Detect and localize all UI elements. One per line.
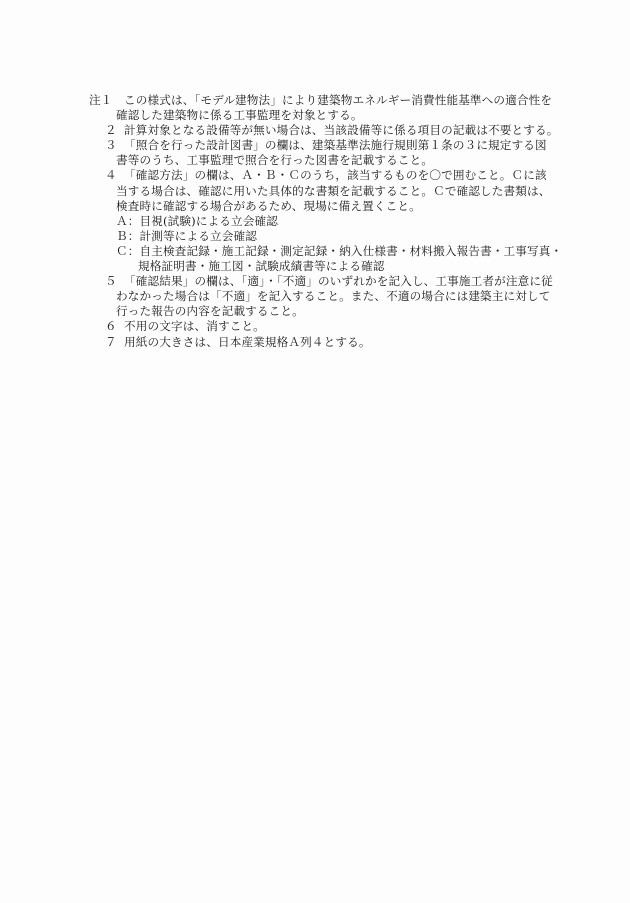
note-3-line-2: 書等のうち、工事監理で照合を行った図書を記載すること。 <box>89 153 559 168</box>
note-4-line-1: ４ 「確認方法」の欄は、Ａ・Ｂ・Ｃのうち，該当するものを〇で囲むこと。Ｃに該 <box>89 168 559 183</box>
method-label: Ａ： <box>116 214 140 228</box>
document-page: 注１ この様式は、「モデル建物法」により建築物エネルギー消費性能基準への適合性を… <box>0 0 630 903</box>
note-text: 検査時に確認する場合があるため、現場に備え置くこと。 <box>116 199 421 214</box>
notes-section: 注１ この様式は、「モデル建物法」により建築物エネルギー消費性能基準への適合性を… <box>89 93 559 350</box>
note-text: 当する場合は、確認に用いた具体的な書類を記載すること。Ｃで確認した書類は、 <box>116 184 551 199</box>
method-label: Ｃ： <box>116 244 140 258</box>
note-text: わなかった場合は「不適」を記入すること。また、不適の場合には建築主に対して <box>116 289 551 304</box>
note-text: 行った報告の内容を記載すること。 <box>116 304 304 319</box>
note-6-line-1: ６ 不用の文字は、消すこと。 <box>89 319 559 334</box>
note-text: 「確認結果」の欄は、「適」・「不適」のいずれかを記入し、工事施工者が注意に従 <box>124 274 553 289</box>
note-number: ３ <box>105 138 117 153</box>
note-text: 「確認方法」の欄は、Ａ・Ｂ・Ｃのうち，該当するものを〇で囲むこと。Ｃに該 <box>124 168 547 183</box>
note-text: 不用の文字は、消すこと。 <box>124 319 265 334</box>
note-text: 計算対象となる設備等が無い場合は、当該設備等に係る項目の記載は不要とする。 <box>124 123 559 138</box>
note-text: 用紙の大きさは、日本産業規格Ａ列４とする。 <box>124 335 371 350</box>
note-3-line-1: ３ 「照合を行った設計図書」の欄は、建築基準法施行規則第１条の３に規定する図 <box>89 138 559 153</box>
method-a: Ａ：目視(試験)による立会確認 <box>89 214 559 229</box>
note-text: 「照合を行った設計図書」の欄は、建築基準法施行規則第１条の３に規定する図 <box>124 138 547 153</box>
note-text: 確認した建築物に係る工事監理を対象とする。 <box>116 108 363 123</box>
method-text: 目視(試験)による立会確認 <box>140 214 279 228</box>
note-4-line-2: 当する場合は、確認に用いた具体的な書類を記載すること。Ｃで確認した書類は、 <box>89 184 559 199</box>
note-1-line-2: 確認した建築物に係る工事監理を対象とする。 <box>89 108 559 123</box>
method-text: 規格証明書・施工図・試験成績書等による確認 <box>138 259 385 274</box>
note-number: ４ <box>105 168 117 183</box>
note-number: 注１ <box>89 93 113 108</box>
note-5-line-3: 行った報告の内容を記載すること。 <box>89 304 559 319</box>
note-number: ２ <box>105 123 117 138</box>
note-text: この様式は、「モデル建物法」により建築物エネルギー消費性能基準への適合性を <box>124 93 552 108</box>
note-7-line-1: ７ 用紙の大きさは、日本産業規格Ａ列４とする。 <box>89 335 559 350</box>
note-number: ７ <box>105 335 117 350</box>
method-b: Ｂ：計測等による立会確認 <box>89 229 559 244</box>
note-1-line-1: 注１ この様式は、「モデル建物法」により建築物エネルギー消費性能基準への適合性を <box>89 93 559 108</box>
method-label: Ｂ： <box>116 229 140 243</box>
note-text: 書等のうち、工事監理で照合を行った図書を記載すること。 <box>116 153 433 168</box>
note-number: ５ <box>105 274 117 289</box>
note-number: ６ <box>105 319 117 334</box>
method-text: 計測等による立会確認 <box>140 229 257 243</box>
method-c: Ｃ：自主検査記録・施工記録・測定記録・納入仕様書・材料搬入報告書・工事写真・ <box>89 244 559 259</box>
method-text: 自主検査記録・施工記録・測定記録・納入仕様書・材料搬入報告書・工事写真・ <box>140 244 563 258</box>
note-5-line-1: ５ 「確認結果」の欄は、「適」・「不適」のいずれかを記入し、工事施工者が注意に従 <box>89 274 559 289</box>
note-4-line-3: 検査時に確認する場合があるため、現場に備え置くこと。 <box>89 199 559 214</box>
note-2-line-1: ２ 計算対象となる設備等が無い場合は、当該設備等に係る項目の記載は不要とする。 <box>89 123 559 138</box>
note-5-line-2: わなかった場合は「不適」を記入すること。また、不適の場合には建築主に対して <box>89 289 559 304</box>
method-c-line-2: 規格証明書・施工図・試験成績書等による確認 <box>89 259 559 274</box>
